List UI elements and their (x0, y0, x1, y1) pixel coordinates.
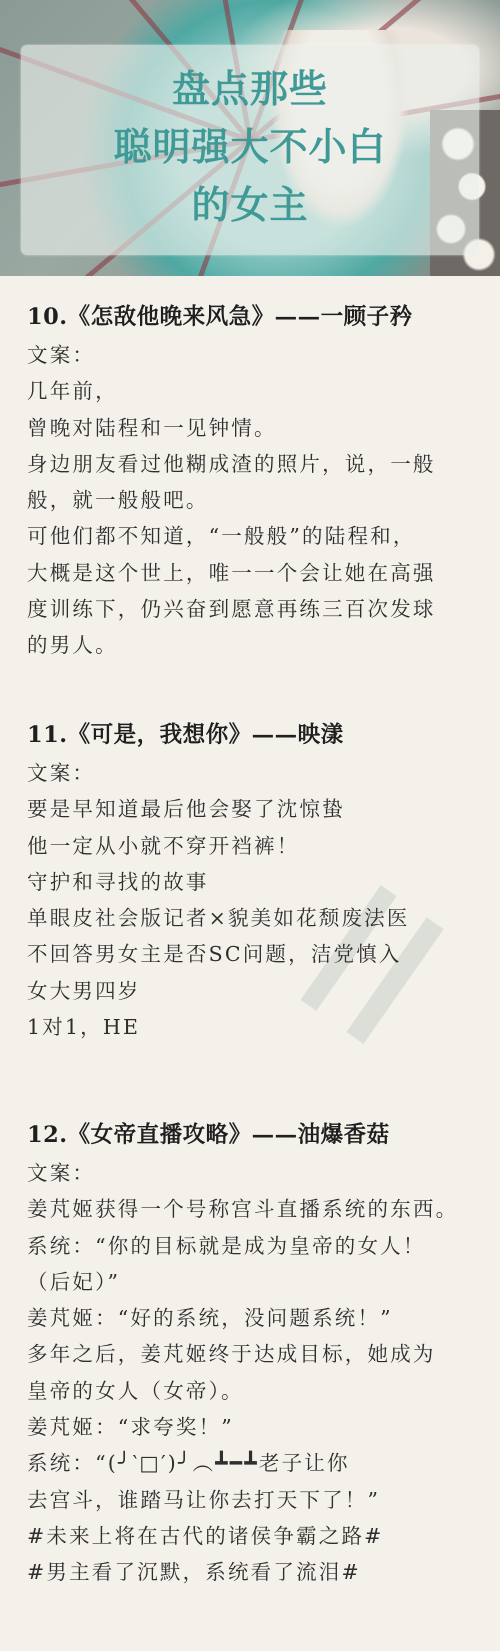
book-title: 10.《怎敌他晚来风急》——一顾子矜 (27, 297, 436, 337)
banner-title: 盘点那些 聪明强大不小白 的女主 (21, 60, 479, 234)
synopsis-label: 文案： (27, 755, 410, 791)
synopsis-line: 姜芃姬获得一个号称宫斗直播系统的东西。 (27, 1191, 458, 1227)
synopsis-line: （后妃）” (27, 1264, 458, 1300)
synopsis-line: 单眼皮社会版记者×貌美如花颓废法医 (27, 900, 410, 936)
synopsis-line: 要是早知道最后他会娶了沈惊蛰 (27, 791, 410, 827)
book-entry-10: 10.《怎敌他晚来风急》——一顾子矜 文案： 几年前， 曾晚对陆程和一见钟情。 … (27, 297, 436, 664)
book-title: 12.《女帝直播攻略》——油爆香菇 (27, 1115, 458, 1155)
synopsis-line: 大概是这个世上，唯一一个会让她在高强 (27, 555, 436, 591)
synopsis-line: 姜芃姬：“好的系统，没问题系统！” (27, 1300, 458, 1336)
synopsis-label: 文案： (27, 337, 436, 373)
synopsis-line: 身边朋友看过他糊成渣的照片，说，一般 (27, 446, 436, 482)
synopsis-line: 多年之后，姜芃姬终于达成目标，她成为 (27, 1336, 458, 1372)
book-entry-11: 11.《可是，我想你》——映漾 文案： 要是早知道最后他会娶了沈惊蛰 他一定从小… (27, 715, 410, 1045)
synopsis-line: 般，就一般般吧。 (27, 482, 436, 518)
synopsis-line: 去宫斗，谁踏马让你去打天下了！” (27, 1482, 458, 1518)
synopsis-line: 1对1，HE (27, 1009, 410, 1045)
synopsis-line: 不回答男女主是否SC问题，洁党慎入 (27, 936, 410, 972)
synopsis-line: 可他们都不知道，“一般般”的陆程和， (27, 518, 436, 554)
banner-title-line-2: 聪明强大不小白 (21, 118, 479, 176)
synopsis-line: 的男人。 (27, 627, 436, 663)
synopsis-label: 文案： (27, 1155, 458, 1191)
banner-title-line-1: 盘点那些 (21, 60, 479, 118)
synopsis-line: 皇帝的女人（女帝）。 (27, 1373, 458, 1409)
synopsis-line: 守护和寻找的故事 (27, 864, 410, 900)
synopsis-line: 曾晚对陆程和一见钟情。 (27, 410, 436, 446)
cover-banner: 盘点那些 聪明强大不小白 的女主 (0, 0, 500, 276)
synopsis-line: #未来上将在古代的诸侯争霸之路# (27, 1518, 458, 1554)
synopsis-line: 姜芃姬：“求夸奖！” (27, 1409, 458, 1445)
synopsis-line: 女大男四岁 (27, 973, 410, 1009)
synopsis-line: 系统：“(╯‵□′)╯︵┻━┻老子让你 (27, 1445, 458, 1481)
book-entry-12: 12.《女帝直播攻略》——油爆香菇 文案： 姜芃姬获得一个号称宫斗直播系统的东西… (27, 1115, 458, 1591)
synopsis-line: 系统：“你的目标就是成为皇帝的女人！ (27, 1228, 458, 1264)
book-title: 11.《可是，我想你》——映漾 (27, 715, 410, 755)
banner-title-line-3: 的女主 (21, 176, 479, 234)
synopsis-line: #男主看了沉默，系统看了流泪# (27, 1554, 458, 1590)
synopsis-line: 几年前， (27, 373, 436, 409)
synopsis-line: 他一定从小就不穿开裆裤！ (27, 828, 410, 864)
synopsis-line: 度训练下，仍兴奋到愿意再练三百次发球 (27, 591, 436, 627)
